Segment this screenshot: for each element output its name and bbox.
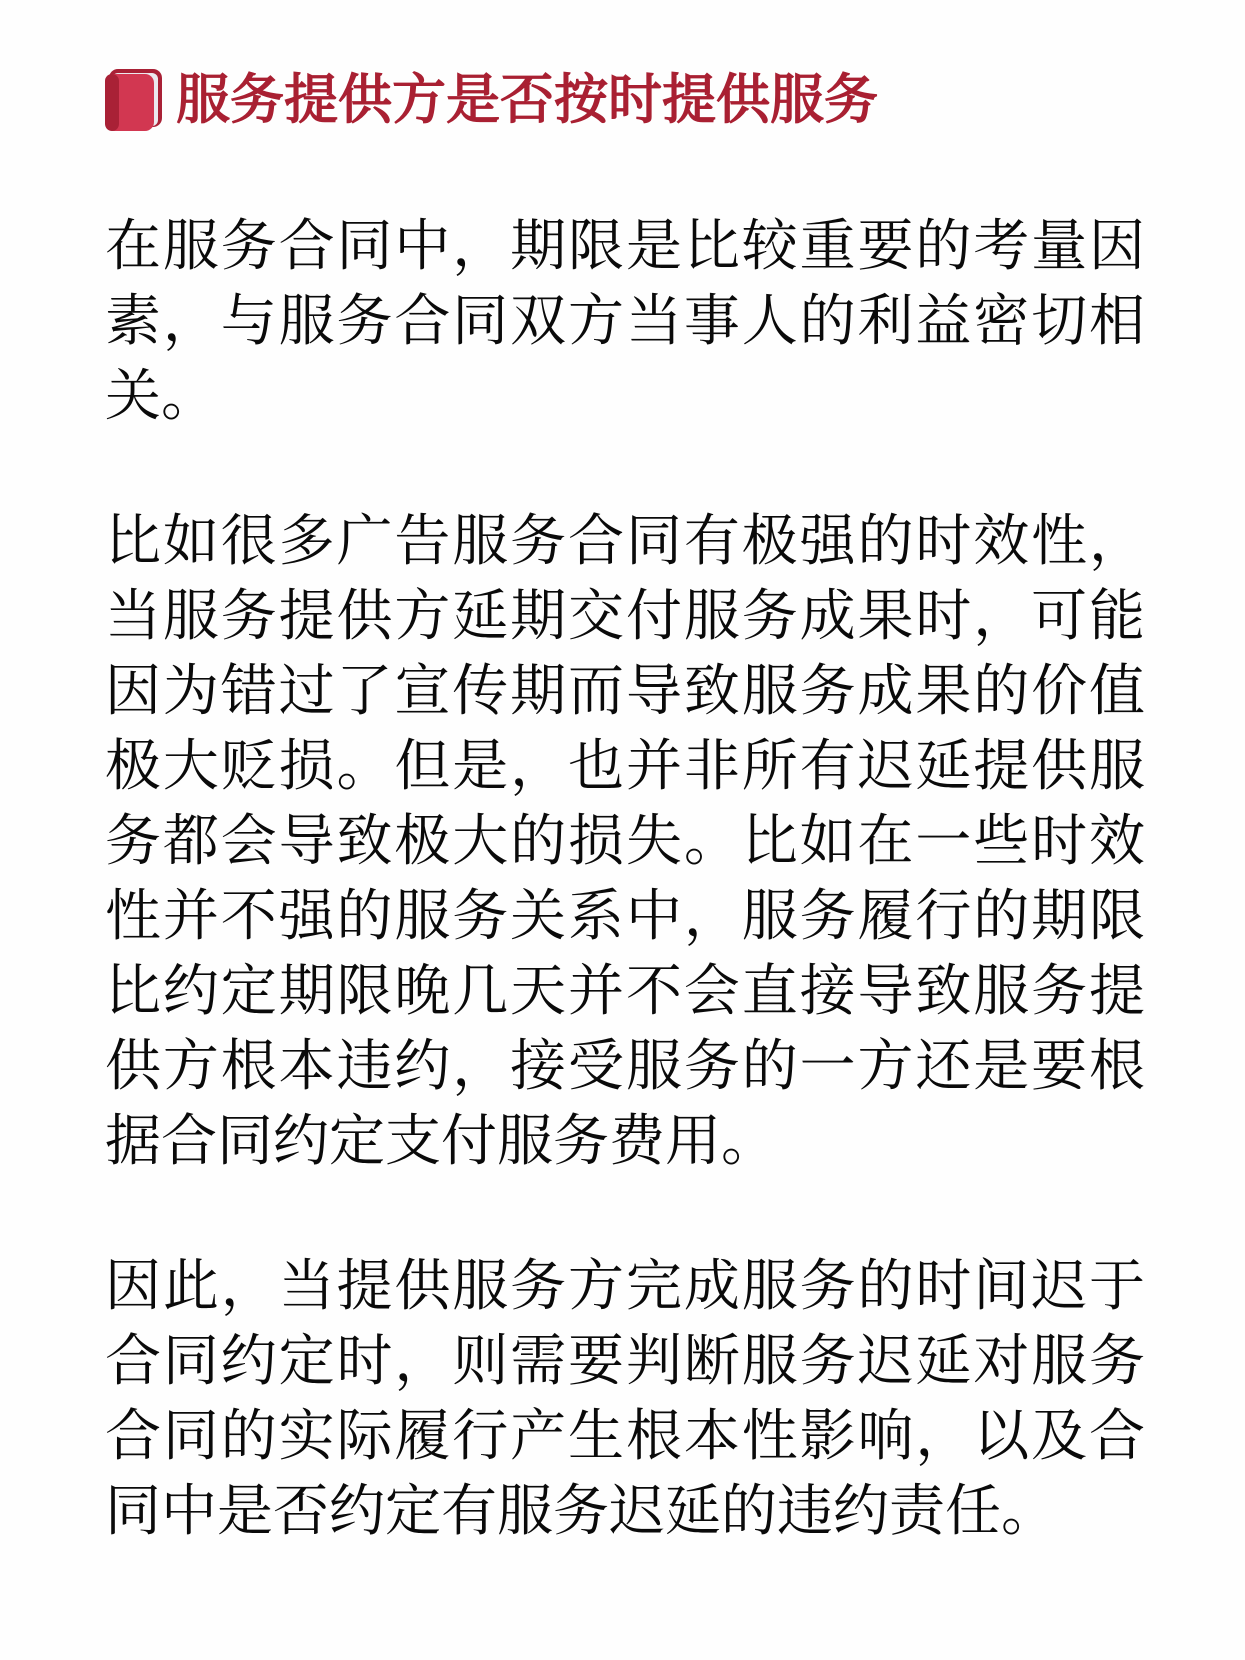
paragraph-1: 在服务合同中，期限是比较重要的考量因素，与服务合同双方当事人的利益密切相关。 — [105, 210, 1145, 435]
article-body: 在服务合同中，期限是比较重要的考量因素，与服务合同双方当事人的利益密切相关。 比… — [105, 210, 1145, 1550]
closed-book-icon — [105, 69, 162, 131]
article-header: 服务提供方是否按时提供服务 — [105, 68, 1145, 132]
document-page: 服务提供方是否按时提供服务 在服务合同中，期限是比较重要的考量因素，与服务合同双… — [0, 0, 1245, 1660]
paragraph-3: 因此，当提供服务方完成服务的时间迟于合同约定时，则需要判断服务迟延对服务合同的实… — [105, 1250, 1145, 1550]
book-spine — [105, 74, 119, 131]
paragraph-2: 比如很多广告服务合同有极强的时效性，当服务提供方延期交付服务成果时，可能因为错过… — [105, 505, 1145, 1180]
article-title: 服务提供方是否按时提供服务 — [176, 68, 878, 132]
